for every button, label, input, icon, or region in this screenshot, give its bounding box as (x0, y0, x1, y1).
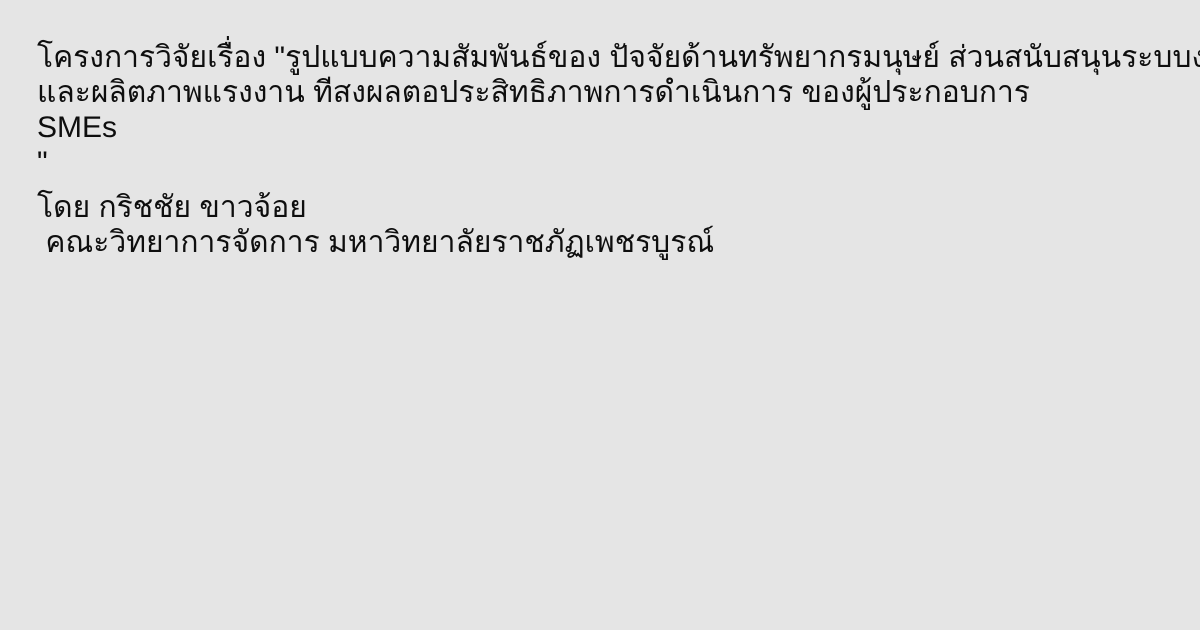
research-title-line-1: โครงการวิจัยเรื่อง "รูปแบบความสัมพันธ์ขอ… (37, 40, 1190, 75)
research-title-line-2: และผลิตภาพแรงงาน ทีสงผลตอประสิทธิภาพการด… (37, 75, 1190, 110)
research-title: โครงการวิจัยเรื่อง "รูปแบบความสัมพันธ์ขอ… (37, 40, 1190, 180)
byline-author: โดย กริชชัย ขาวจ้อย (37, 190, 1190, 225)
byline-affiliation: คณะวิทยาการจัดการ มหาวิทยาลัยราชภัฏเพชรบ… (37, 225, 1190, 260)
research-title-line-3: SMEs (37, 110, 1190, 145)
share-card: โครงการวิจัยเรื่อง "รูปแบบความสัมพันธ์ขอ… (0, 0, 1200, 630)
closing-quote: " (37, 145, 1190, 180)
byline: โดย กริชชัย ขาวจ้อย คณะวิทยาการจัดการ มห… (37, 190, 1190, 260)
